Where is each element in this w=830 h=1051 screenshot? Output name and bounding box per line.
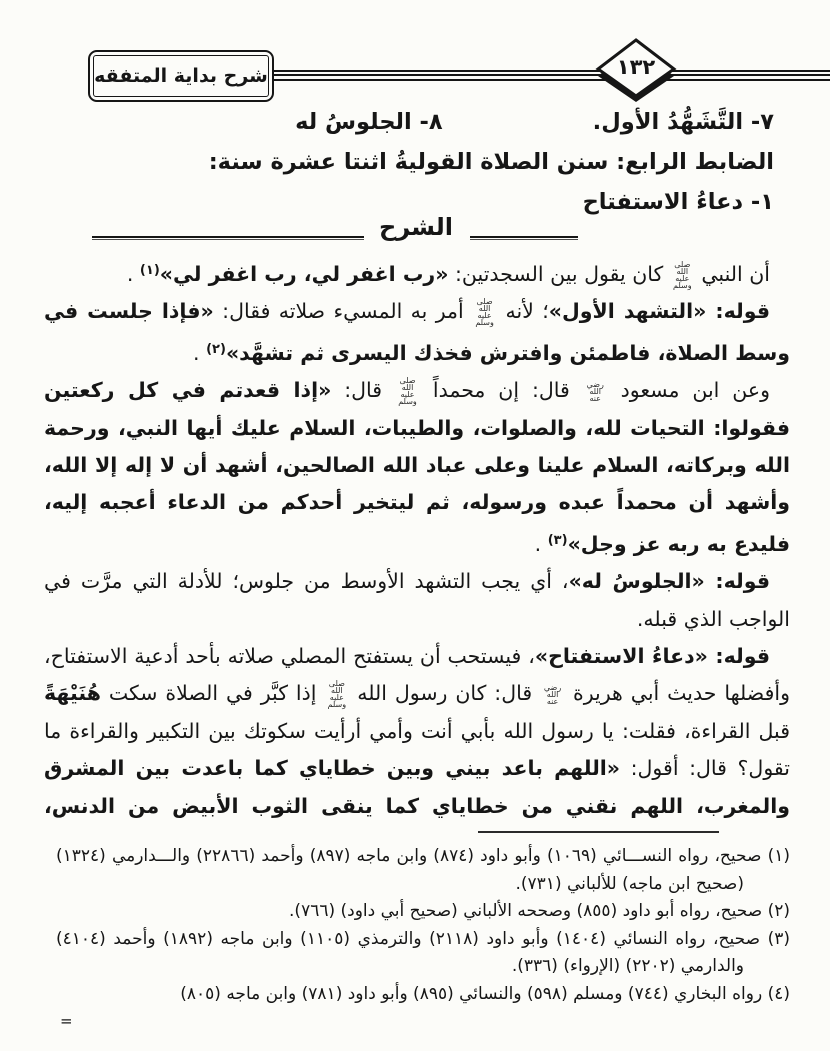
footnote-reference: (٣): [548, 533, 568, 548]
header-rule: [263, 70, 830, 81]
divider-line-end: [92, 236, 364, 241]
matn-fourth-rule: الضابط الرابع: سنن الصلاة القوليةُ اثنتا…: [40, 142, 774, 182]
text-segment: قال: إن محمداً: [420, 378, 583, 402]
footnote-reference: (٢): [206, 342, 226, 357]
text-segment: إذا كبَّر في الصلاة سكت: [101, 681, 324, 705]
honorific-mark: صلى الله عليه وسلم: [472, 298, 497, 326]
matn-section: ٧- التَّشَهُّدُ الأول. ٨- الجلوسُ له الض…: [0, 102, 830, 222]
page-header: شرح بداية المتفقه ١٣٢: [0, 0, 830, 105]
footnote: (٣) صحيح، رواه النسائي (١٤٠٤) وأبو داود …: [56, 926, 790, 981]
commentary-paragraph: قوله: «التشهد الأول»؛ لأنه صلى الله عليه…: [44, 293, 790, 372]
page-number: ١٣٢: [594, 38, 678, 96]
text-segment: «رب اغفر لي، رب اغفر لي»: [160, 262, 449, 286]
book-title: شرح بداية المتفقه: [94, 65, 268, 87]
footnote-text: صحيح، رواه النســـائي (١٠٦٩) وأبو داود (…: [56, 846, 761, 894]
footnote-text: صحيح، رواه أبو داود (٨٥٥) وصححه الألباني…: [289, 901, 762, 921]
footnote: (٤) رواه البخاري (٧٤٤) ومسلم (٥٩٨) والنس…: [56, 981, 790, 1009]
text-segment: قوله: «الجلوسُ له»: [569, 569, 770, 593]
text-segment: .: [535, 532, 548, 556]
continuation-mark: =: [56, 1008, 790, 1036]
footnote: (١) صحيح، رواه النســـائي (١٠٦٩) وأبو دا…: [56, 843, 790, 898]
text-segment: قوله: «دعاءُ الاستفتاح»: [535, 644, 770, 668]
sharh-divider: الشرح: [0, 222, 830, 256]
text-segment: .: [193, 341, 206, 365]
honorific-mark: صلى الله عليه وسلم: [395, 377, 420, 405]
commentary-paragraph: وعن ابن مسعود رضي الله عنه قال: إن محمدا…: [44, 372, 790, 563]
matn-item-julus: ٨- الجلوسُ له: [295, 102, 443, 142]
book-title-frame: شرح بداية المتفقه: [93, 55, 269, 97]
footnote: (٢) صحيح، رواه أبو داود (٨٥٥) وصححه الأل…: [56, 898, 790, 926]
footnote-reference: (١): [140, 263, 160, 278]
footnote-marker: (٤): [762, 984, 790, 1004]
text-segment: ؛ لأنه: [497, 299, 549, 323]
text-segment: قوله: «التشهد الأول»: [549, 299, 770, 323]
text-segment: كان يقول بين السجدتين:: [448, 262, 669, 286]
page-number-badge: ١٣٢: [594, 38, 678, 104]
divider-label: الشرح: [364, 213, 468, 241]
divider-line-start: [470, 236, 578, 241]
footnote-text: رواه البخاري (٧٤٤) ومسلم (٥٩٨) والنسائي …: [180, 984, 762, 1004]
text-segment: قال:: [331, 378, 395, 402]
honorific-mark: رضي الله عنه: [540, 684, 565, 705]
footnote-marker: (١): [761, 846, 790, 866]
footnotes: (١) صحيح، رواه النســـائي (١٠٦٩) وأبو دا…: [56, 843, 790, 1036]
matn-item-tashahhud: ٧- التَّشَهُّدُ الأول.: [593, 102, 774, 142]
text-segment: وعن ابن مسعود: [608, 378, 770, 402]
text-segment: هُنَيْهَةً: [44, 681, 101, 705]
commentary: أن النبي صلى الله عليه وسلم كان يقول بين…: [44, 252, 790, 830]
matn-items-row: ٧- التَّشَهُّدُ الأول. ٨- الجلوسُ له: [40, 102, 774, 142]
footnote-text: صحيح، رواه النسائي (١٤٠٤) وأبو داود (٢١١…: [56, 929, 760, 977]
text-segment: أمر به المسيء صلاته فقال:: [214, 299, 472, 323]
commentary-paragraph: قوله: «دعاءُ الاستفتاح»، فيستحب أن يستفت…: [44, 638, 790, 830]
book-title-box: شرح بداية المتفقه: [88, 50, 274, 102]
text-segment: .: [127, 262, 140, 286]
commentary-paragraph: أن النبي صلى الله عليه وسلم كان يقول بين…: [44, 252, 790, 293]
commentary-paragraph: قوله: «الجلوسُ له»، أي يجب التشهد الأوسط…: [44, 563, 790, 638]
honorific-mark: رضي الله عنه: [583, 381, 608, 402]
footnote-marker: (٣): [760, 929, 790, 949]
book-page: شرح بداية المتفقه ١٣٢ ٧- التَّشَهُّدُ ال…: [0, 0, 830, 1051]
footnote-marker: (٢): [762, 901, 790, 921]
text-segment: أن النبي: [695, 262, 770, 286]
honorific-mark: صلى الله عليه وسلم: [670, 261, 695, 289]
footnote-separator: [478, 831, 719, 833]
honorific-mark: صلى الله عليه وسلم: [324, 680, 349, 708]
text-segment: قال: كان رسول الله: [349, 681, 540, 705]
